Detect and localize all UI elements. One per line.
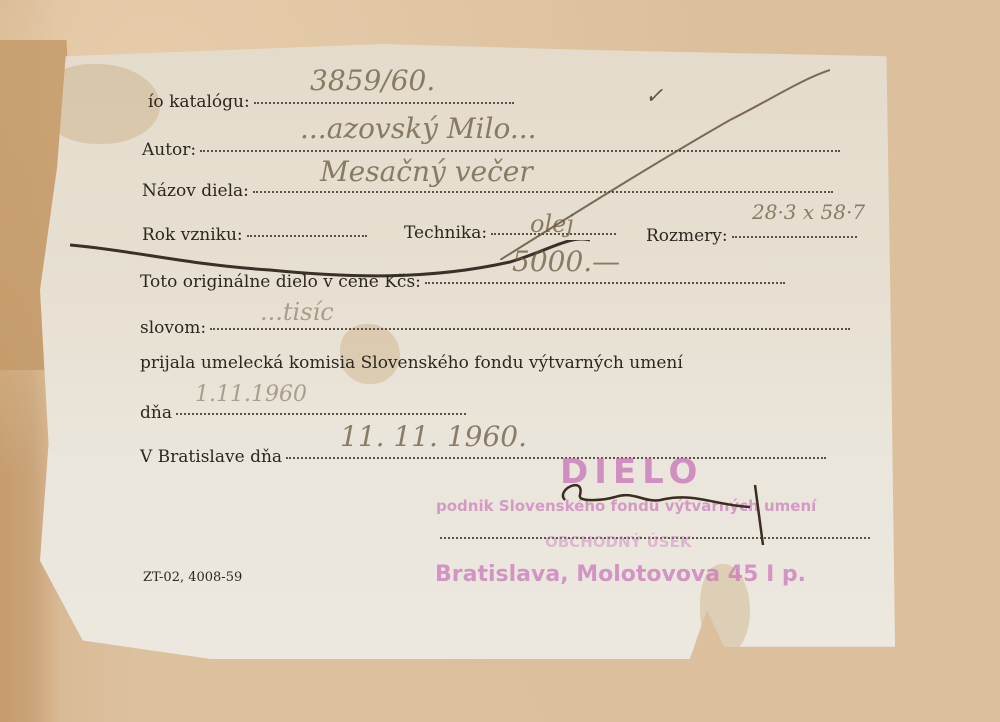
- title-label: Názov diela:: [142, 181, 249, 201]
- catalog-label: ío katalógu:: [148, 92, 250, 112]
- price-label: Toto originálne dielo v cene Kčs:: [140, 272, 421, 292]
- technique-field: Technika:: [404, 223, 616, 243]
- place-date-label: V Bratislave dňa: [140, 447, 282, 467]
- handwritten-catalog-number: 3859/60.: [310, 64, 435, 97]
- handwritten-dimensions: 28·3 x 58·7: [752, 200, 865, 224]
- handwritten-title: Mesačný večer: [320, 155, 533, 188]
- stamp-line-3: Bratislava, Molotovova 45 I p.: [435, 562, 806, 587]
- handwritten-date: 1.11.1960: [195, 382, 307, 407]
- price-field: Toto originálne dielo v cene Kčs:: [140, 272, 785, 292]
- year-field: Rok vzniku:: [142, 225, 367, 245]
- year-label: Rok vzniku:: [142, 225, 243, 245]
- handwritten-author: ...azovský Milo...: [300, 112, 537, 145]
- handwritten-technique: olej: [530, 210, 574, 238]
- handwritten-words: ...tisíc: [260, 298, 334, 326]
- form-code: ZT-02, 4008-59: [143, 570, 242, 585]
- author-label: Autor:: [142, 140, 196, 160]
- dimensions-field: Rozmery:: [646, 226, 857, 246]
- handwritten-price: 5000.—: [512, 245, 620, 278]
- signature: [555, 475, 815, 550]
- handwritten-place-date: 11. 11. 1960.: [340, 420, 527, 453]
- checkmark-icon: ✓: [645, 84, 663, 109]
- date-label: dňa: [140, 403, 172, 423]
- dimensions-label: Rozmery:: [646, 226, 728, 246]
- words-label: slovom:: [140, 318, 206, 338]
- words-field: slovom:: [140, 318, 850, 338]
- received-text: prijala umelecká komisia Slovenského fon…: [140, 353, 683, 373]
- technique-label: Technika:: [404, 223, 487, 243]
